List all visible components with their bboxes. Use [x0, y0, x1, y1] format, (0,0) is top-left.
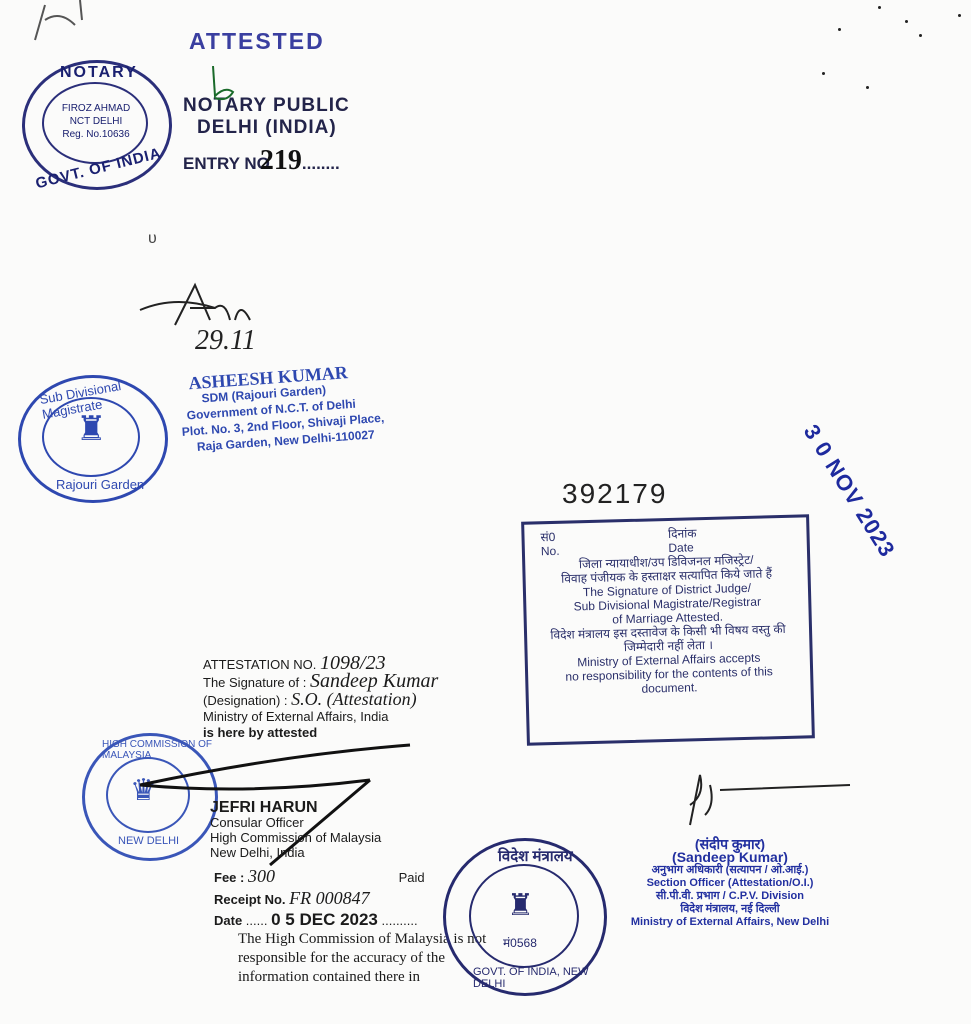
- sdm-block: ASHEESH KUMAR SDM (Rajouri Garden) Gover…: [178, 362, 386, 456]
- attested-designation: S.O. (Attestation): [291, 689, 416, 709]
- notary-signature: [205, 66, 245, 106]
- mea-serial-number: 392179: [562, 478, 667, 510]
- notary-seal: NOTARY FIROZ AHMAD NCT DELHI Reg. No.106…: [22, 60, 172, 190]
- mea-date-label: Date: [668, 540, 697, 555]
- mea-officer-signature: [660, 765, 860, 835]
- handwritten-initials: [20, 0, 100, 50]
- sdm-signature-date: 29.11: [195, 325, 256, 357]
- attestation-date: 0 5 DEC 2023: [271, 910, 378, 929]
- ashoka-emblem-icon: ♜: [507, 888, 534, 923]
- ink-speck: [958, 14, 961, 17]
- entry-number: 219: [260, 145, 302, 176]
- mea-officer-title: Section Officer (Attestation/O.I.): [610, 877, 850, 890]
- notary-name: FIROZ AHMAD: [48, 102, 144, 115]
- notary-area: NCT DELHI: [48, 115, 144, 128]
- mea-seal-ring-bottom: GOVT. OF INDIA, NEW DELHI: [473, 966, 608, 990]
- ink-speck: [878, 6, 881, 9]
- notary-reg-no: Reg. No.10636: [48, 128, 144, 141]
- mea-officer-block: (संदीप कुमार) (Sandeep Kumar) अनुभाग अधि…: [610, 838, 850, 929]
- ink-speck: [866, 86, 869, 89]
- consular-block: JEFRI HARUN Consular Officer High Commis…: [210, 800, 381, 860]
- fee-value: 300: [248, 866, 275, 886]
- ink-speck: [905, 20, 908, 23]
- mea-seal-number: मं0568: [503, 934, 537, 951]
- received-date-stamp: 3 0 NOV 2023: [798, 420, 900, 562]
- mea-seal-hindi: विदेश मंत्रालय: [498, 846, 573, 866]
- mea-seal: विदेश मंत्रालय ♜ मं0568 GOVT. OF INDIA, …: [443, 838, 608, 998]
- fee-block: Fee : 300 Paid Receipt No. FR 000847 Dat…: [214, 866, 425, 931]
- mea-officer-ministry: Ministry of External Affairs, New Delhi: [610, 916, 850, 929]
- notary-block: ATTESTED NOTARY PUBLIC DELHI (INDIA) ENT…: [183, 28, 350, 177]
- mea-no-label: No.: [541, 544, 560, 558]
- seal-ring-top: NOTARY: [60, 64, 138, 82]
- receipt-number: FR 000847: [289, 888, 370, 908]
- ink-speck: [838, 28, 841, 31]
- attested-label: ATTESTED: [189, 28, 350, 55]
- sdm-seal: Sub Divisional Magistrate ♜ Rajouri Gard…: [18, 375, 168, 503]
- notary-location: DELHI (INDIA): [197, 117, 350, 139]
- ink-speck: [919, 34, 922, 37]
- entry-label: ENTRY NO: [183, 154, 270, 173]
- consular-officer-name: JEFRI HARUN: [210, 800, 381, 815]
- mea-attestation-box: सं0No. दिनांकDate जिला न्यायाधीश/उप डिवि…: [521, 514, 815, 745]
- malaysia-attestation-block: ATTESTATION NO. 1098/23 The Signature of…: [203, 655, 438, 741]
- pen-mark: υ: [148, 230, 157, 248]
- ashoka-emblem-icon: ♜: [76, 409, 106, 449]
- sdm-signature: [135, 280, 275, 330]
- ink-speck: [822, 72, 825, 75]
- mea-officer-name: (Sandeep Kumar): [610, 851, 850, 864]
- sdm-seal-ring-bottom: Rajouri Garden: [56, 477, 144, 492]
